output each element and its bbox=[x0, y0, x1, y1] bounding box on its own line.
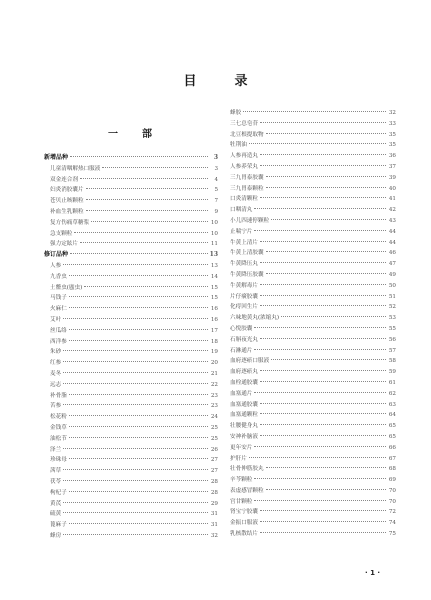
entry-page-number: 19 bbox=[210, 347, 218, 358]
entry-title: 三九胃泰颗粒 bbox=[230, 184, 264, 195]
entry-page-number: 63 bbox=[388, 400, 396, 411]
entry-page-number: 59 bbox=[388, 367, 396, 378]
entry-title: 心悦胶囊 bbox=[230, 324, 252, 335]
dot-leader bbox=[84, 286, 208, 287]
entry-page-number: 22 bbox=[210, 380, 218, 391]
toc-entry[interactable]: 人参养荣丸37 bbox=[230, 162, 396, 173]
toc-entry[interactable]: 石淋通片57 bbox=[230, 346, 396, 357]
entry-page-number: 64 bbox=[388, 410, 396, 421]
dot-leader bbox=[260, 521, 386, 522]
dot-leader bbox=[266, 467, 386, 468]
toc-entry[interactable]: 蜂胶32 bbox=[230, 108, 396, 119]
entry-title: 强力定眩片 bbox=[50, 239, 78, 250]
entry-page-number: 17 bbox=[210, 326, 218, 337]
entry-title: 茯苓 bbox=[50, 477, 61, 488]
toc-entry[interactable]: 口炎清颗粒41 bbox=[230, 194, 396, 205]
dot-leader bbox=[254, 349, 386, 350]
dot-leader bbox=[281, 316, 386, 317]
entry-title: 枸杞子 bbox=[50, 488, 67, 499]
dot-leader bbox=[63, 502, 208, 503]
dot-leader bbox=[254, 327, 386, 328]
entry-page-number: 24 bbox=[210, 412, 218, 423]
entry-page-number: 9 bbox=[210, 207, 218, 218]
entry-page-number: 44 bbox=[388, 227, 396, 238]
dot-leader bbox=[63, 534, 208, 535]
entry-title: 急支颗粒 bbox=[50, 229, 72, 240]
entry-title: 更年安片 bbox=[230, 443, 252, 454]
entry-page-number: 41 bbox=[388, 194, 396, 205]
entry-page-number: 44 bbox=[388, 238, 396, 249]
entry-page-number: 70 bbox=[388, 497, 396, 508]
entry-title: 土鳖虫(䗪虫) bbox=[50, 283, 82, 294]
dot-leader bbox=[260, 413, 386, 414]
dot-leader bbox=[254, 478, 386, 479]
toc-entry[interactable]: 复方伤痛草糖浆10 bbox=[44, 218, 218, 229]
dot-leader bbox=[260, 165, 386, 166]
toc-entry[interactable]: 壮腰健身丸65 bbox=[230, 421, 396, 432]
entry-title: 麦冬 bbox=[50, 369, 61, 380]
entry-page-number: 36 bbox=[388, 151, 396, 162]
entry-page-number: 16 bbox=[210, 315, 218, 326]
entry-title: 牛黄降压胶囊 bbox=[230, 270, 264, 281]
entry-page-number: 37 bbox=[388, 162, 396, 173]
entry-title: 人参再造丸 bbox=[230, 151, 258, 162]
entry-title: 护肝片 bbox=[230, 454, 247, 465]
dot-leader bbox=[86, 188, 208, 189]
toc-entry[interactable]: 牛黄降压丸47 bbox=[230, 259, 396, 270]
entry-page-number: 23 bbox=[210, 401, 218, 412]
entry-title: 双金连合剂 bbox=[50, 175, 78, 186]
dot-leader bbox=[260, 510, 386, 511]
entry-title: 蓖麻子 bbox=[50, 520, 67, 531]
toc-entry[interactable]: 表虚感冒颗粒70 bbox=[230, 486, 396, 497]
page-number: · 1 · bbox=[365, 569, 380, 577]
toc-entry[interactable]: 蜂房32 bbox=[44, 531, 218, 542]
toc-entry[interactable]: 六味地黄丸(浓缩丸)53 bbox=[230, 313, 396, 324]
toc-entry[interactable]: 马钱子15 bbox=[44, 293, 218, 304]
entry-page-number: 56 bbox=[388, 335, 396, 346]
dot-leader bbox=[254, 500, 386, 501]
entry-page-number: 39 bbox=[388, 173, 396, 184]
toc-entry[interactable]: 土鳖虫(䗪虫)15 bbox=[44, 283, 218, 294]
entry-title: 安神补脑液 bbox=[230, 432, 258, 443]
dot-leader bbox=[63, 264, 208, 265]
toc-entry[interactable]: 九香虫14 bbox=[44, 272, 218, 283]
dot-leader bbox=[63, 318, 208, 319]
dot-leader bbox=[271, 359, 386, 360]
page-title: 目录 bbox=[0, 70, 431, 89]
dot-leader bbox=[260, 403, 386, 404]
toc-entry[interactable]: 血塞通颗粒64 bbox=[230, 410, 396, 421]
entry-page-number: 4 bbox=[210, 175, 218, 186]
toc-entry[interactable]: 枸杞子28 bbox=[44, 488, 218, 499]
entry-page-number: 67 bbox=[388, 454, 396, 465]
entry-page-number: 31 bbox=[210, 509, 218, 520]
entry-page-number: 27 bbox=[210, 455, 218, 466]
entry-title: 修订品种 bbox=[44, 250, 68, 261]
toc-entry[interactable]: 茜草27 bbox=[44, 466, 218, 477]
dot-leader bbox=[260, 295, 386, 296]
entry-title: 口咽清丸 bbox=[230, 205, 252, 216]
entry-page-number: 72 bbox=[388, 507, 396, 518]
dot-leader bbox=[260, 241, 386, 242]
dot-leader bbox=[69, 307, 208, 308]
entry-title: 牛黄上清片 bbox=[230, 238, 258, 249]
toc-entry[interactable]: 血府逐瘀丸59 bbox=[230, 367, 396, 378]
toc-section-heading[interactable]: 新增品种3 bbox=[44, 153, 218, 164]
dot-leader bbox=[249, 457, 386, 458]
entry-page-number: 32 bbox=[388, 108, 396, 119]
dot-leader bbox=[260, 197, 386, 198]
toc-entry[interactable]: 护肝片67 bbox=[230, 454, 396, 465]
toc-entry[interactable]: 血塞通片62 bbox=[230, 389, 396, 400]
toc-entry[interactable]: 强力定眩片11 bbox=[44, 239, 218, 250]
toc-entry[interactable]: 北豆根提取物35 bbox=[230, 130, 396, 141]
dot-leader bbox=[63, 361, 208, 362]
entry-title: 硫黄 bbox=[50, 509, 61, 520]
entry-title: 肾宝宁胶囊 bbox=[230, 507, 258, 518]
toc-entry[interactable]: 人参13 bbox=[44, 261, 218, 272]
dot-leader bbox=[260, 154, 386, 155]
entry-title: 西洋参 bbox=[50, 337, 67, 348]
entry-title: 丝瓜络 bbox=[50, 326, 67, 337]
dot-leader bbox=[260, 338, 386, 339]
dot-leader bbox=[80, 242, 208, 243]
entry-title: 六味地黄丸(浓缩丸) bbox=[230, 313, 279, 324]
entry-title: 蜂房 bbox=[50, 531, 61, 542]
entry-page-number: 10 bbox=[210, 218, 218, 229]
entry-title: 泽兰 bbox=[50, 445, 61, 456]
dot-leader bbox=[260, 435, 386, 436]
entry-page-number: 70 bbox=[388, 486, 396, 497]
dot-leader bbox=[69, 275, 208, 276]
toc-entry[interactable]: 西洋参18 bbox=[44, 337, 218, 348]
toc-entry[interactable]: 血府逐瘀口服液58 bbox=[230, 356, 396, 367]
toc-entry[interactable]: 丝瓜络17 bbox=[44, 326, 218, 337]
toc-entry[interactable]: 片仔癀胶囊51 bbox=[230, 292, 396, 303]
toc-entry[interactable]: 牛黄解毒片50 bbox=[230, 281, 396, 292]
entry-page-number: 49 bbox=[388, 270, 396, 281]
toc-entry[interactable]: 牡荆油35 bbox=[230, 140, 396, 151]
entry-title: 血栓通胶囊 bbox=[230, 378, 258, 389]
entry-title: 化痔回生片 bbox=[230, 302, 258, 313]
toc-right-column: 蜂胶32三七总皂苷33北豆根提取物35牡荆油35人参再造丸36人参养荣丸37三九… bbox=[230, 108, 396, 540]
dot-leader bbox=[69, 340, 208, 341]
entry-title: 蜂胶 bbox=[230, 108, 241, 119]
entry-title: 人参养荣丸 bbox=[230, 162, 258, 173]
toc-entry[interactable]: 油松节25 bbox=[44, 434, 218, 445]
dot-leader bbox=[80, 178, 208, 179]
entry-title: 血府逐瘀口服液 bbox=[230, 356, 269, 367]
toc-section-heading[interactable]: 修订品种13 bbox=[44, 250, 218, 261]
entry-title: 血塞通片 bbox=[230, 389, 252, 400]
dot-leader bbox=[260, 370, 386, 371]
toc-entry[interactable]: 三七总皂苷33 bbox=[230, 119, 396, 130]
toc-entry[interactable]: 苍贝止咳颗粒7 bbox=[44, 196, 218, 207]
dot-leader bbox=[70, 253, 208, 254]
entry-title: 人参 bbox=[50, 261, 61, 272]
dot-leader bbox=[69, 426, 208, 427]
entry-page-number: 27 bbox=[210, 466, 218, 477]
entry-page-number: 66 bbox=[388, 443, 396, 454]
toc-entry[interactable]: 乳核散结片75 bbox=[230, 529, 396, 540]
entry-page-number: 3 bbox=[210, 153, 218, 164]
dot-leader bbox=[260, 424, 386, 425]
entry-page-number: 5 bbox=[210, 185, 218, 196]
entry-page-number: 35 bbox=[388, 140, 396, 151]
toc-entry[interactable]: 妇炎消胶囊片5 bbox=[44, 185, 218, 196]
entry-page-number: 13 bbox=[210, 250, 218, 261]
entry-title: 止喘宁片 bbox=[230, 227, 252, 238]
toc-entry[interactable]: 艾叶16 bbox=[44, 315, 218, 326]
toc-entry[interactable]: 牛黄上清胶囊46 bbox=[230, 248, 396, 259]
entry-page-number: 69 bbox=[388, 475, 396, 486]
dot-leader bbox=[266, 273, 386, 274]
entry-title: 牛黄降压丸 bbox=[230, 259, 258, 270]
entry-page-number: 65 bbox=[388, 432, 396, 443]
toc-entry[interactable]: 麦冬21 bbox=[44, 369, 218, 380]
entry-title: 石斛夜光丸 bbox=[230, 335, 258, 346]
entry-title: 红参 bbox=[50, 358, 61, 369]
toc-entry[interactable]: 宫甘颗粒70 bbox=[230, 497, 396, 508]
part-char-2: 部 bbox=[142, 129, 152, 140]
dot-leader bbox=[63, 469, 208, 470]
toc-entry[interactable]: 硫黄31 bbox=[44, 509, 218, 520]
entry-title: 马钱子 bbox=[50, 293, 67, 304]
dot-leader bbox=[271, 219, 386, 220]
dot-leader bbox=[63, 383, 208, 384]
entry-page-number: 62 bbox=[388, 389, 396, 400]
toc-entry[interactable]: 心悦胶囊55 bbox=[230, 324, 396, 335]
entry-title: 松花粉 bbox=[50, 412, 67, 423]
dot-leader bbox=[254, 446, 386, 447]
toc-entry[interactable]: 金钱草25 bbox=[44, 423, 218, 434]
entry-title: 珍珠母 bbox=[50, 455, 67, 466]
dot-leader bbox=[86, 199, 208, 200]
toc-entry[interactable]: 安神补脑液65 bbox=[230, 432, 396, 443]
dot-leader bbox=[63, 372, 208, 373]
entry-page-number: 7 bbox=[210, 196, 218, 207]
entry-title: 补血生乳颗粒 bbox=[50, 207, 84, 218]
entry-page-number: 74 bbox=[388, 518, 396, 529]
toc-entry[interactable]: 火麻仁16 bbox=[44, 304, 218, 315]
entry-title: 火麻仁 bbox=[50, 304, 67, 315]
entry-title: 血塞通颗粒 bbox=[230, 410, 258, 421]
entry-page-number: 23 bbox=[210, 391, 218, 402]
dot-leader bbox=[69, 437, 208, 438]
entry-title: 牡荆油 bbox=[230, 140, 247, 151]
entry-page-number: 61 bbox=[388, 378, 396, 389]
entry-page-number: 11 bbox=[210, 239, 218, 250]
dot-leader bbox=[260, 122, 386, 123]
entry-title: 口炎清颗粒 bbox=[230, 194, 258, 205]
entry-page-number: 25 bbox=[210, 434, 218, 445]
dot-leader bbox=[249, 143, 386, 144]
entry-page-number: 25 bbox=[210, 423, 218, 434]
dot-leader bbox=[254, 208, 386, 209]
toc-entry[interactable]: 苦参23 bbox=[44, 401, 218, 412]
dot-leader bbox=[243, 111, 386, 112]
entry-page-number: 47 bbox=[388, 259, 396, 270]
dot-leader bbox=[69, 329, 208, 330]
dot-leader bbox=[69, 491, 208, 492]
toc-entry[interactable]: 急支颗粒10 bbox=[44, 229, 218, 240]
entry-title: 三九胃泰胶囊 bbox=[230, 173, 264, 184]
dot-leader bbox=[260, 305, 386, 306]
entry-title: 石淋通片 bbox=[230, 346, 252, 357]
toc-entry[interactable]: 口咽清丸42 bbox=[230, 205, 396, 216]
part-char-1: 一 bbox=[108, 129, 118, 140]
dot-leader bbox=[260, 381, 386, 382]
entry-page-number: 15 bbox=[210, 293, 218, 304]
dot-leader bbox=[63, 350, 208, 351]
entry-page-number: 40 bbox=[388, 184, 396, 195]
toc-entry[interactable]: 辛芩颗粒69 bbox=[230, 475, 396, 486]
entry-page-number: 16 bbox=[210, 304, 218, 315]
dot-leader bbox=[266, 187, 386, 188]
toc-entry[interactable]: 化痔回生片52 bbox=[230, 302, 396, 313]
entry-title: 表虚感冒颗粒 bbox=[230, 486, 264, 497]
entry-title: 片仔癀胶囊 bbox=[230, 292, 258, 303]
toc-entry[interactable]: 朱砂19 bbox=[44, 347, 218, 358]
toc-entry[interactable]: 远志22 bbox=[44, 380, 218, 391]
entry-title: 金钱草 bbox=[50, 423, 67, 434]
dot-leader bbox=[63, 480, 208, 481]
entry-page-number: 26 bbox=[210, 445, 218, 456]
toc-entry[interactable]: 更年安片66 bbox=[230, 443, 396, 454]
entry-title: 壮腰健身丸 bbox=[230, 421, 258, 432]
entry-title: 苦参 bbox=[50, 401, 61, 412]
entry-page-number: 35 bbox=[388, 130, 396, 141]
entry-title: 牛黄上清胶囊 bbox=[230, 248, 264, 259]
toc-entry[interactable]: 蓖麻子31 bbox=[44, 520, 218, 531]
entry-page-number: 28 bbox=[210, 488, 218, 499]
entry-page-number: 33 bbox=[388, 119, 396, 130]
entry-title: 乳核散结片 bbox=[230, 529, 258, 540]
entry-page-number: 46 bbox=[388, 248, 396, 259]
entry-page-number: 28 bbox=[210, 477, 218, 488]
entry-page-number: 20 bbox=[210, 358, 218, 369]
dot-leader bbox=[260, 262, 386, 263]
dot-leader bbox=[254, 230, 386, 231]
entry-page-number: 13 bbox=[210, 261, 218, 272]
dot-leader bbox=[69, 394, 208, 395]
toc-entry[interactable]: 儿童清咽解热口服液3 bbox=[44, 164, 218, 175]
toc-entry[interactable]: 小儿四速停颗粒43 bbox=[230, 216, 396, 227]
dot-leader bbox=[70, 156, 208, 157]
dot-leader bbox=[69, 458, 208, 459]
toc-entry[interactable]: 人参再造丸36 bbox=[230, 151, 396, 162]
entry-page-number: 18 bbox=[210, 337, 218, 348]
toc-entry[interactable]: 牛黄降压胶囊49 bbox=[230, 270, 396, 281]
toc-entry[interactable]: 松花粉24 bbox=[44, 412, 218, 423]
dot-leader bbox=[86, 210, 208, 211]
toc-entry[interactable]: 三九胃泰颗粒40 bbox=[230, 184, 396, 195]
entry-page-number: 42 bbox=[388, 205, 396, 216]
entry-title: 血塞通胶囊 bbox=[230, 400, 258, 411]
entry-title: 宫甘颗粒 bbox=[230, 497, 252, 508]
toc-entry[interactable]: 石斛夜光丸56 bbox=[230, 335, 396, 346]
dot-leader bbox=[254, 392, 386, 393]
toc-entry[interactable]: 金振口服液74 bbox=[230, 518, 396, 529]
toc-entry[interactable]: 红参20 bbox=[44, 358, 218, 369]
entry-page-number: 32 bbox=[210, 531, 218, 542]
entry-page-number: 21 bbox=[210, 369, 218, 380]
entry-page-number: 14 bbox=[210, 272, 218, 283]
title-char-1: 目 bbox=[183, 70, 196, 89]
entry-title: 妇炎消胶囊片 bbox=[50, 185, 84, 196]
toc-entry[interactable]: 止喘宁片44 bbox=[230, 227, 396, 238]
entry-title: 北豆根提取物 bbox=[230, 130, 264, 141]
entry-title: 油松节 bbox=[50, 434, 67, 445]
entry-title: 补骨脂 bbox=[50, 391, 67, 402]
entry-title: 辛芩颗粒 bbox=[230, 475, 252, 486]
toc-entry[interactable]: 三九胃泰胶囊39 bbox=[230, 173, 396, 184]
entry-page-number: 68 bbox=[388, 464, 396, 475]
dot-leader bbox=[63, 404, 208, 405]
entry-page-number: 53 bbox=[388, 313, 396, 324]
entry-title: 复方伤痛草糖浆 bbox=[50, 218, 89, 229]
toc-entry[interactable]: 泽兰26 bbox=[44, 445, 218, 456]
toc-entry[interactable]: 补骨脂23 bbox=[44, 391, 218, 402]
toc-entry[interactable]: 肾宝宁胶囊72 bbox=[230, 507, 396, 518]
toc-entry[interactable]: 珍珠母27 bbox=[44, 455, 218, 466]
toc-entry[interactable]: 黄芪29 bbox=[44, 499, 218, 510]
entry-title: 牛黄解毒片 bbox=[230, 281, 258, 292]
toc-entry[interactable]: 牛黄上清片44 bbox=[230, 238, 396, 249]
entry-title: 九香虫 bbox=[50, 272, 67, 283]
dot-leader bbox=[266, 133, 386, 134]
part-heading: 一部 bbox=[30, 125, 230, 140]
dot-leader bbox=[91, 221, 208, 222]
entry-title: 黄芪 bbox=[50, 499, 61, 510]
entry-page-number: 65 bbox=[388, 421, 396, 432]
toc-entry[interactable]: 补血生乳颗粒9 bbox=[44, 207, 218, 218]
entry-page-number: 51 bbox=[388, 292, 396, 303]
entry-page-number: 75 bbox=[388, 529, 396, 540]
entry-title: 远志 bbox=[50, 380, 61, 391]
entry-page-number: 52 bbox=[388, 302, 396, 313]
toc-entry[interactable]: 壮骨伸筋胶丸68 bbox=[230, 464, 396, 475]
entry-page-number: 31 bbox=[210, 520, 218, 531]
title-char-2: 录 bbox=[235, 70, 248, 89]
toc-entry[interactable]: 茯苓28 bbox=[44, 477, 218, 488]
dot-leader bbox=[63, 512, 208, 513]
dot-leader bbox=[74, 232, 208, 233]
dot-leader bbox=[69, 523, 208, 524]
toc-entry[interactable]: 血栓通胶囊61 bbox=[230, 378, 396, 389]
entry-title: 壮骨伸筋胶丸 bbox=[230, 464, 264, 475]
entry-title: 艾叶 bbox=[50, 315, 61, 326]
entry-title: 三七总皂苷 bbox=[230, 119, 258, 130]
entry-page-number: 57 bbox=[388, 346, 396, 357]
entry-title: 新增品种 bbox=[44, 153, 68, 164]
entry-page-number: 15 bbox=[210, 283, 218, 294]
dot-leader bbox=[260, 284, 386, 285]
entry-page-number: 58 bbox=[388, 356, 396, 367]
toc-entry[interactable]: 双金连合剂4 bbox=[44, 175, 218, 186]
dot-leader bbox=[69, 415, 208, 416]
dot-leader bbox=[69, 296, 208, 297]
entry-title: 朱砂 bbox=[50, 347, 61, 358]
entry-title: 血府逐瘀丸 bbox=[230, 367, 258, 378]
entry-title: 金振口服液 bbox=[230, 518, 258, 529]
entry-title: 小儿四速停颗粒 bbox=[230, 216, 269, 227]
entry-title: 茜草 bbox=[50, 466, 61, 477]
toc-entry[interactable]: 血塞通胶囊63 bbox=[230, 400, 396, 411]
dot-leader bbox=[266, 176, 386, 177]
entry-title: 苍贝止咳颗粒 bbox=[50, 196, 84, 207]
